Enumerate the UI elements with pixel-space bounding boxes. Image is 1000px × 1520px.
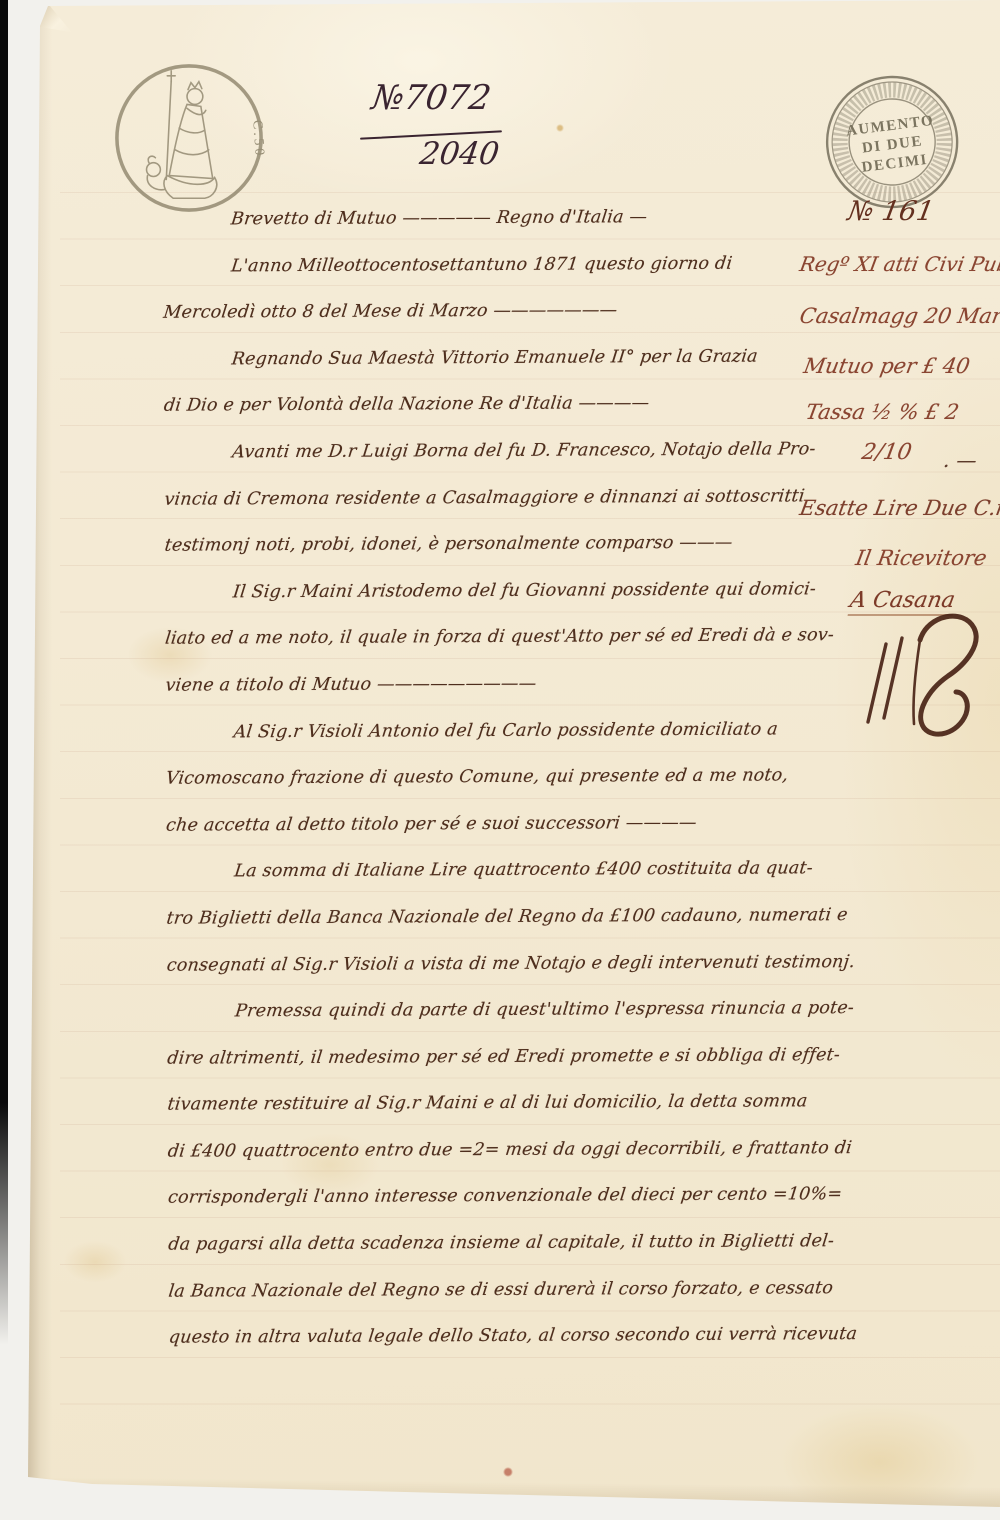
manuscript-body: Brevetto di Mutuo ————— Regno d'Italia —…	[160, 193, 814, 1361]
notary-signature-flourish-icon	[862, 606, 994, 746]
manuscript-line: la Banca Nazionale del Regno se di essi …	[166, 1265, 819, 1315]
manuscript-line: corrispondergli l'anno interesse convenz…	[165, 1172, 818, 1222]
protocol-subnumber: 2040	[417, 136, 501, 172]
manuscript-line: La somma di Italiane Lire quattrocento £…	[164, 846, 817, 896]
manuscript-line: da pagarsi alla detta scadenza insieme a…	[166, 1218, 819, 1268]
manuscript-line: Al Sig.r Visioli Antonio del fu Carlo po…	[163, 706, 816, 756]
manuscript-line: testimonj noti, probi, idonei, è persona…	[162, 519, 815, 569]
revenue-seal-icon: C.50	[110, 58, 268, 218]
protocol-number: №7072	[369, 78, 493, 118]
manuscript-line: Il Sig.r Maini Aristodemo del fu Giovann…	[162, 566, 815, 616]
margin-note: Mutuo per £ 40	[802, 354, 972, 378]
manuscript-line: viene a titolo di Mutuo —————————	[163, 659, 816, 709]
manuscript-line: Vicomoscano frazione di questo Comune, q…	[163, 752, 816, 802]
manuscript-line: vincia di Cremona residente a Casalmaggi…	[162, 473, 815, 523]
manuscript-line: che accetta al detto titolo per sé e suo…	[163, 799, 816, 849]
manuscript-line: Regnando Sua Maestà Vittorio Emanuele II…	[161, 333, 814, 383]
paper-bottom-edge-shadow	[20, 1477, 1000, 1517]
margin-note: . —	[942, 448, 979, 472]
margin-note: Casalmagg 20 Marzo	[798, 304, 1000, 328]
deed-number: № 161	[845, 196, 936, 227]
margin-note: 2/10	[860, 440, 914, 465]
manuscript-line: L'anno Milleottocentosettantuno 1871 que…	[160, 240, 813, 290]
manuscript-line: consegnati al Sig.r Visioli a vista di m…	[164, 939, 817, 989]
manuscript-line: Mercoledì otto 8 del Mese di Marzo —————…	[161, 286, 814, 336]
margin-note: Esatte Lire Due C.mi	[798, 496, 1000, 520]
margin-note: Il Ricevitore	[854, 546, 989, 570]
scanned-document-page: { "header": { "protocol_number": "№7072"…	[0, 0, 1000, 1520]
manuscript-line: dire altrimenti, il medesimo per sé ed E…	[165, 1032, 818, 1082]
seal-value: C.50	[250, 119, 268, 158]
manuscript-line: Premessa quindi da parte di quest'ultimo…	[164, 985, 817, 1035]
manuscript-line: di £400 quattrocento entro due =2= mesi …	[165, 1125, 818, 1175]
margin-note: Tassa ½ % £ 2	[804, 400, 961, 424]
paper-sheet: C.50 AUMENTO DI DUE DECIMI №7072 2040 № …	[0, 0, 1000, 1520]
manuscript-line: questo in altra valuta legale dello Stat…	[166, 1312, 819, 1362]
manuscript-line: tivamente restituire al Sig.r Maini e al…	[165, 1079, 818, 1129]
manuscript-line: di Dio e per Volontà della Nazione Re d'…	[161, 380, 814, 430]
manuscript-line: liato ed a me noto, il quale in forza di…	[162, 613, 815, 663]
margin-note: Regº XI atti Civi Pub	[798, 252, 1000, 276]
paper-left-edge-shadow	[26, 0, 52, 1490]
scanner-background-strip	[0, 0, 8, 1345]
manuscript-line: Avanti me D.r Luigi Borna del fu D. Fran…	[161, 426, 814, 476]
manuscript-line: Brevetto di Mutuo ————— Regno d'Italia —	[160, 193, 813, 243]
manuscript-line: tro Biglietti della Banca Nazionale del …	[164, 892, 817, 942]
